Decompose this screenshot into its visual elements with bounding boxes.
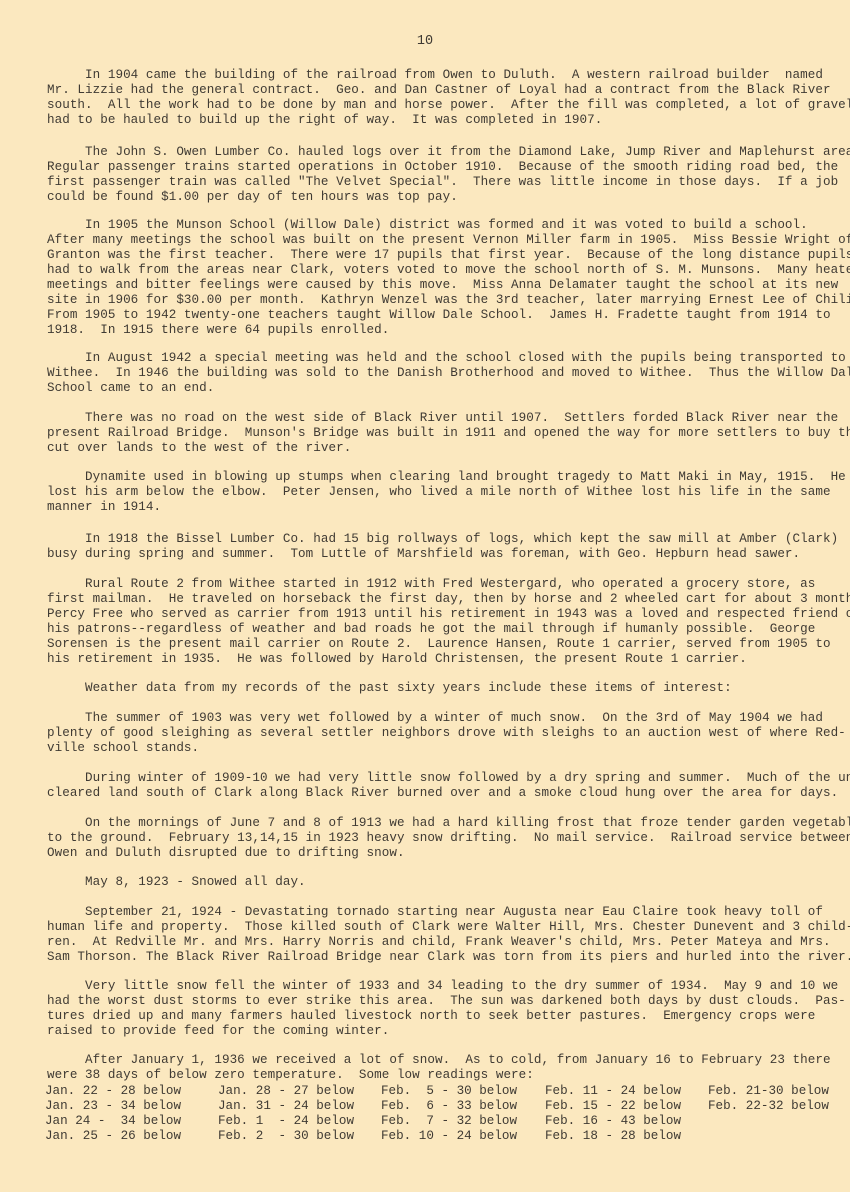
text-line: The summer of 1903 was very wet followed… (47, 711, 823, 726)
text-line: were 38 days of below zero temperature. … (47, 1068, 534, 1083)
low-reading-cell: Jan. 23 - 34 below (45, 1099, 181, 1114)
text-line: had the worst dust storms to ever strike… (47, 994, 846, 1009)
text-line: May 8, 1923 - Snowed all day. (47, 875, 306, 890)
text-line: After many meetings the school was built… (47, 233, 850, 248)
text-line: ville school stands. (47, 741, 199, 756)
text-line: site in 1906 for $30.00 per month. Kathr… (47, 293, 850, 308)
text-line: plenty of good sleighing as several sett… (47, 726, 846, 741)
text-line: first mailman. He traveled on horseback … (47, 592, 850, 607)
text-line: The John S. Owen Lumber Co. hauled logs … (47, 145, 850, 160)
text-line: south. All the work had to be done by ma… (47, 98, 850, 113)
text-line: Percy Free who served as carrier from 19… (47, 607, 850, 622)
text-line: ren. At Redville Mr. and Mrs. Harry Norr… (47, 935, 831, 950)
text-line: In 1904 came the building of the railroa… (47, 68, 823, 83)
low-reading-cell: Feb. 22-32 below (708, 1099, 829, 1114)
text-line: From 1905 to 1942 twenty-one teachers ta… (47, 308, 831, 323)
low-reading-cell: Jan. 31 - 24 below (218, 1099, 354, 1114)
text-line: Dynamite used in blowing up stumps when … (47, 470, 846, 485)
text-line: September 21, 1924 - Devastating tornado… (47, 905, 823, 920)
text-line: his retirement in 1935. He was followed … (47, 652, 747, 667)
text-line: could be found $1.00 per day of ten hour… (47, 190, 458, 205)
text-line: After January 1, 1936 we received a lot … (47, 1053, 831, 1068)
text-line: Very little snow fell the winter of 1933… (47, 979, 838, 994)
text-line: In 1905 the Munson School (Willow Dale) … (47, 218, 808, 233)
text-line: cleared land south of Clark along Black … (47, 786, 838, 801)
text-line: first passenger train was called "The Ve… (47, 175, 838, 190)
low-reading-cell: Feb. 10 - 24 below (381, 1129, 517, 1144)
text-line: 1918. In 1915 there were 64 pupils enrol… (47, 323, 389, 338)
low-reading-cell: Feb. 6 - 33 below (381, 1099, 517, 1114)
text-line: manner in 1914. (47, 500, 161, 515)
low-reading-cell: Jan. 25 - 26 below (45, 1129, 181, 1144)
text-line: Owen and Duluth disrupted due to driftin… (47, 846, 405, 861)
text-line: Sorensen is the present mail carrier on … (47, 637, 831, 652)
low-reading-cell: Feb. 15 - 22 below (545, 1099, 681, 1114)
low-reading-cell: Feb. 18 - 28 below (545, 1129, 681, 1144)
text-line: Granton was the first teacher. There wer… (47, 248, 850, 263)
text-line: Rural Route 2 from Withee started in 191… (47, 577, 815, 592)
low-reading-cell: Jan 24 - 34 below (45, 1114, 181, 1129)
text-line: busy during spring and summer. Tom Luttl… (47, 547, 800, 562)
text-line: School came to an end. (47, 381, 214, 396)
text-line: present Railroad Bridge. Munson's Bridge… (47, 426, 850, 441)
text-line: human life and property. Those killed so… (47, 920, 850, 935)
text-line: Regular passenger trains started operati… (47, 160, 838, 175)
text-line: Sam Thorson. The Black River Railroad Br… (47, 950, 850, 965)
low-reading-cell: Feb. 16 - 43 below (545, 1114, 681, 1129)
low-reading-cell: Feb. 2 - 30 below (218, 1129, 354, 1144)
document-page: 10 In 1904 came the building of the rail… (0, 0, 850, 1192)
text-line: On the mornings of June 7 and 8 of 1913 … (47, 816, 850, 831)
low-reading-cell: Feb. 11 - 24 below (545, 1084, 681, 1099)
text-line: his patrons--regardless of weather and b… (47, 622, 815, 637)
text-line: During winter of 1909-10 we had very lit… (47, 771, 850, 786)
text-line: had to walk from the areas near Clark, v… (47, 263, 850, 278)
text-line: had to be hauled to build up the right o… (47, 113, 602, 128)
text-line: Withee. In 1946 the building was sold to… (47, 366, 850, 381)
low-reading-cell: Feb. 5 - 30 below (381, 1084, 517, 1099)
text-line: raised to provide feed for the coming wi… (47, 1024, 389, 1039)
page-number: 10 (0, 34, 850, 49)
text-line: lost his arm below the elbow. Peter Jens… (47, 485, 831, 500)
low-reading-cell: Jan. 28 - 27 below (218, 1084, 354, 1099)
text-line: Mr. Lizzie had the general contract. Geo… (47, 83, 831, 98)
text-line: There was no road on the west side of Bl… (47, 411, 838, 426)
text-line: meetings and bitter feelings were caused… (47, 278, 838, 293)
text-line: cut over lands to the west of the river. (47, 441, 351, 456)
text-line: tures dried up and many farmers hauled l… (47, 1009, 815, 1024)
low-reading-cell: Jan. 22 - 28 below (45, 1084, 181, 1099)
text-line: In August 1942 a special meeting was hel… (47, 351, 846, 366)
text-line: In 1918 the Bissel Lumber Co. had 15 big… (47, 532, 838, 547)
low-reading-cell: Feb. 1 - 24 below (218, 1114, 354, 1129)
low-reading-cell: Feb. 21-30 below (708, 1084, 829, 1099)
text-line: to the ground. February 13,14,15 in 1923… (47, 831, 850, 846)
low-reading-cell: Feb. 7 - 32 below (381, 1114, 517, 1129)
text-line: Weather data from my records of the past… (47, 681, 732, 696)
